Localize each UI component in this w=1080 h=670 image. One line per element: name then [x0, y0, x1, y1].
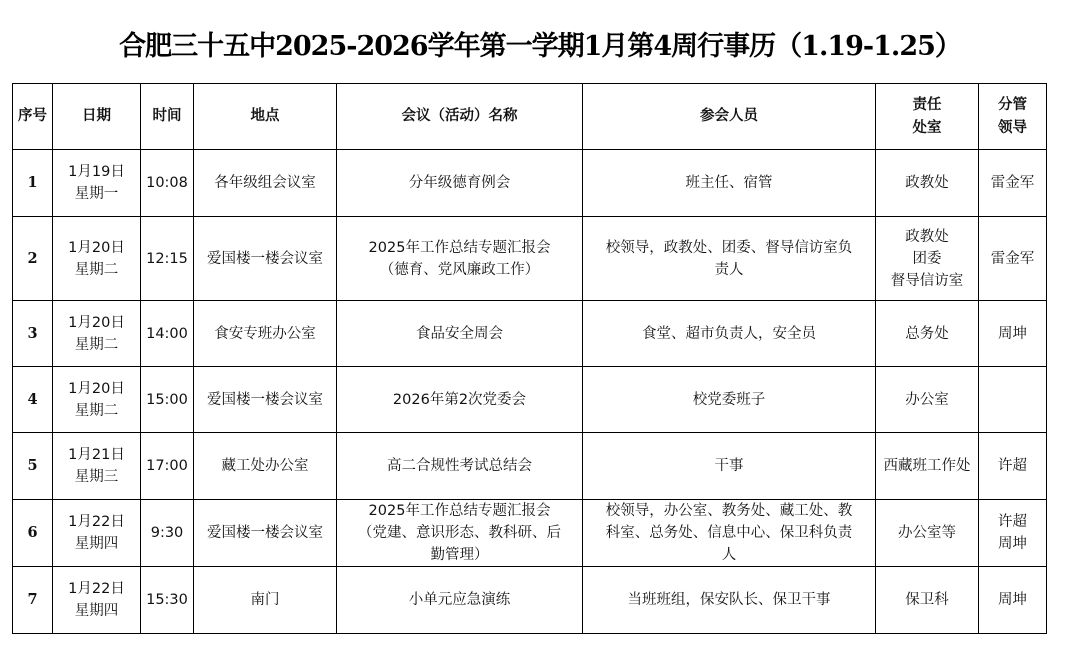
header-location: 地点 — [194, 84, 337, 150]
cell-office: 保卫科 — [876, 567, 979, 634]
cell-leader: 许超 — [979, 433, 1047, 500]
cell-seq: 1 — [13, 150, 53, 217]
cell-office: 办公室等 — [876, 500, 979, 567]
cell-time: 10:08 — [141, 150, 194, 217]
cell-time: 14:00 — [141, 301, 194, 367]
cell-seq: 3 — [13, 301, 53, 367]
cell-attendees: 当班班组，保安队长、保卫干事 — [583, 567, 876, 634]
table-row: 41月20日星期二15:00爱国楼一楼会议室2026年第2次党委会校党委班子办公… — [13, 367, 1047, 433]
cell-leader — [979, 367, 1047, 433]
table-row: 11月19日星期一10:08各年级组会议室分年级德育例会班主任、宿管政教处雷金军 — [13, 150, 1047, 217]
cell-location: 爱国楼一楼会议室 — [194, 367, 337, 433]
cell-time: 17:00 — [141, 433, 194, 500]
cell-location: 爱国楼一楼会议室 — [194, 500, 337, 567]
table-row: 21月20日星期二12:15爱国楼一楼会议室2025年工作总结专题汇报会（德育、… — [13, 217, 1047, 301]
cell-date: 1月22日星期四 — [53, 567, 141, 634]
table-row: 71月22日星期四15:30南门小单元应急演练当班班组，保安队长、保卫干事保卫科… — [13, 567, 1047, 634]
cell-time: 9:30 — [141, 500, 194, 567]
cell-office: 西藏班工作处 — [876, 433, 979, 500]
cell-location: 食安专班办公室 — [194, 301, 337, 367]
cell-seq: 5 — [13, 433, 53, 500]
page-title: 合肥三十五中2025-2026学年第一学期1月第4周行事历（1.19-1.25） — [0, 24, 1080, 63]
table-row: 51月21日星期三17:00藏工处办公室高二合规性考试总结会干事西藏班工作处许超 — [13, 433, 1047, 500]
header-leader: 分管 领导 — [979, 84, 1047, 150]
cell-leader: 雷金军 — [979, 150, 1047, 217]
cell-attendees: 校领导，办公室、教务处、藏工处、教科室、总务处、信息中心、保卫科负责人 — [583, 500, 876, 567]
cell-leader: 许超周坤 — [979, 500, 1047, 567]
cell-attendees: 干事 — [583, 433, 876, 500]
cell-office: 政教处 — [876, 150, 979, 217]
cell-location: 爱国楼一楼会议室 — [194, 217, 337, 301]
cell-meeting: 高二合规性考试总结会 — [337, 433, 583, 500]
header-date: 日期 — [53, 84, 141, 150]
cell-meeting: 2025年工作总结专题汇报会（德育、党风廉政工作） — [337, 217, 583, 301]
cell-date: 1月20日星期二 — [53, 367, 141, 433]
header-seq: 序号 — [13, 84, 53, 150]
cell-attendees: 校党委班子 — [583, 367, 876, 433]
cell-date: 1月21日星期三 — [53, 433, 141, 500]
table-row: 61月22日星期四9:30爱国楼一楼会议室2025年工作总结专题汇报会（党建、意… — [13, 500, 1047, 567]
cell-meeting: 小单元应急演练 — [337, 567, 583, 634]
cell-date: 1月20日星期二 — [53, 217, 141, 301]
cell-attendees: 校领导，政教处、团委、督导信访室负责人 — [583, 217, 876, 301]
cell-location: 各年级组会议室 — [194, 150, 337, 217]
cell-time: 12:15 — [141, 217, 194, 301]
header-row: 序号 日期 时间 地点 会议（活动）名称 参会人员 责任 处室 分管 领导 — [13, 84, 1047, 150]
cell-leader: 雷金军 — [979, 217, 1047, 301]
cell-meeting: 2025年工作总结专题汇报会（党建、意识形态、教科研、后勤管理） — [337, 500, 583, 567]
header-time: 时间 — [141, 84, 194, 150]
cell-leader: 周坤 — [979, 567, 1047, 634]
table-row: 31月20日星期二14:00食安专班办公室食品安全周会食堂、超市负责人，安全员总… — [13, 301, 1047, 367]
cell-office: 办公室 — [876, 367, 979, 433]
cell-office: 政教处团委督导信访室 — [876, 217, 979, 301]
cell-seq: 4 — [13, 367, 53, 433]
cell-seq: 2 — [13, 217, 53, 301]
cell-leader: 周坤 — [979, 301, 1047, 367]
cell-seq: 6 — [13, 500, 53, 567]
cell-location: 藏工处办公室 — [194, 433, 337, 500]
schedule-table: 序号 日期 时间 地点 会议（活动）名称 参会人员 责任 处室 分管 领导 11… — [12, 83, 1047, 634]
cell-meeting: 食品安全周会 — [337, 301, 583, 367]
cell-meeting: 2026年第2次党委会 — [337, 367, 583, 433]
header-attendees: 参会人员 — [583, 84, 876, 150]
cell-seq: 7 — [13, 567, 53, 634]
cell-attendees: 班主任、宿管 — [583, 150, 876, 217]
cell-attendees: 食堂、超市负责人，安全员 — [583, 301, 876, 367]
cell-meeting: 分年级德育例会 — [337, 150, 583, 217]
cell-date: 1月22日星期四 — [53, 500, 141, 567]
cell-office: 总务处 — [876, 301, 979, 367]
cell-time: 15:00 — [141, 367, 194, 433]
cell-time: 15:30 — [141, 567, 194, 634]
header-office: 责任 处室 — [876, 84, 979, 150]
cell-location: 南门 — [194, 567, 337, 634]
header-meeting: 会议（活动）名称 — [337, 84, 583, 150]
cell-date: 1月20日星期二 — [53, 301, 141, 367]
cell-date: 1月19日星期一 — [53, 150, 141, 217]
